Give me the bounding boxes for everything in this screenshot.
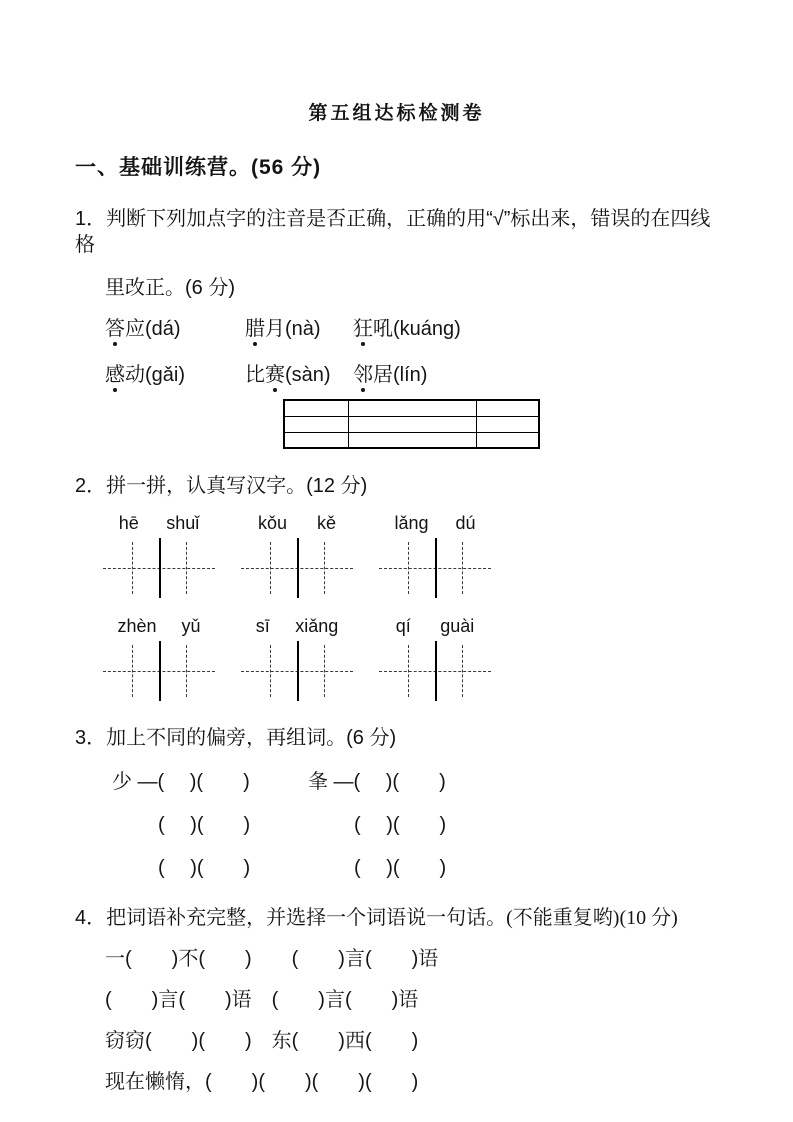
grid-cell <box>348 432 476 448</box>
character-writing-grid <box>243 643 351 699</box>
dotted-character: 感 <box>105 361 125 389</box>
table-row <box>284 400 539 416</box>
q4-line-4: 现在懒惰，( )( )( )( ) <box>105 1070 793 1095</box>
dotted-character: 狂 <box>353 315 373 343</box>
question-1-text-line1: 1．判断下列加点字的注音是否正确，正确的用“√”标出来，错误的在四线格 <box>75 206 730 258</box>
four-line-correction-grid <box>283 399 540 449</box>
dotted-character: 赛 <box>265 361 285 389</box>
q1-word: 感动(gǎi) <box>105 361 245 389</box>
q1-word: 狂吼(kuáng) <box>353 315 793 343</box>
q1-word: 答应(dá) <box>105 315 245 343</box>
dotted-character: 答 <box>105 315 125 343</box>
character-writing-grid <box>243 540 351 596</box>
character-writing-grid <box>105 643 213 699</box>
paper-title: 第五组达标检测卷 <box>0 0 793 125</box>
q3-blank: ( )( ) <box>308 855 793 881</box>
q4-line-2: ( )言( )语 ( )言( )语 <box>105 988 793 1013</box>
pinyin-label: hēshuǐ <box>105 511 213 537</box>
pinyin-label: kǒukě <box>243 511 351 537</box>
grid-cell <box>284 432 348 448</box>
q3-answer-block: 少 —( )( ) 夆 —( )( ) ( )( ) ( )( ) ( )( )… <box>112 769 793 881</box>
q3-blank: ( )( ) <box>112 855 308 881</box>
table-row <box>284 432 539 448</box>
q2-pinyin-row-2: zhènyǔ sīxiǎng qíguài <box>105 614 793 699</box>
pinyin-writing-unit: kǒukě <box>243 511 351 596</box>
q4-line-3: 窃窃( )( ) 东( )西( ) <box>105 1029 793 1054</box>
grid-cell <box>348 416 476 432</box>
q1-word: 比赛(sàn) <box>245 361 353 389</box>
test-paper-page: 第五组达标检测卷 一、基础训练营。(56 分) 1．判断下列加点字的注音是否正确… <box>0 0 793 1122</box>
q4-line-1: 一( )不( ) ( )言( )语 <box>105 947 793 972</box>
q3-blank: ( )( ) <box>308 812 793 838</box>
pinyin-writing-unit: zhènyǔ <box>105 614 213 699</box>
q3-blank: ( )( ) <box>112 812 308 838</box>
question-2-text: 2．拼一拼，认真写汉字。(12 分) <box>75 473 793 499</box>
character-writing-grid <box>381 540 489 596</box>
q3-item-feng: 夆 —( )( ) <box>308 769 793 795</box>
character-writing-grid <box>105 540 213 596</box>
grid-cell <box>348 400 476 416</box>
grid-cell <box>284 416 348 432</box>
pinyin-label: qíguài <box>381 614 489 640</box>
pinyin-writing-unit: sīxiǎng <box>243 614 351 699</box>
pinyin-writing-unit: lǎngdú <box>381 511 489 596</box>
grid-cell <box>284 400 348 416</box>
q3-row-3: ( )( ) ( )( ) <box>112 855 793 881</box>
dotted-character: 邻 <box>353 361 373 389</box>
grid-cell <box>476 432 539 448</box>
q2-pinyin-row-1: hēshuǐ kǒukě lǎngdú <box>105 511 793 596</box>
q1-word: 腊月(nà) <box>245 315 353 343</box>
question-4-text: 4．把词语补充完整，并选择一个词语说一句话。(不能重复哟)(10 分) <box>75 905 793 931</box>
q3-row-1: 少 —( )( ) 夆 —( )( ) <box>112 769 793 795</box>
grid-cell <box>476 400 539 416</box>
section-heading: 一、基础训练营。(56 分) <box>75 151 793 181</box>
q1-word: 邻居(lín) <box>353 361 793 389</box>
table-row <box>284 416 539 432</box>
pinyin-label: lǎngdú <box>381 511 489 537</box>
pinyin-writing-unit: qíguài <box>381 614 489 699</box>
pinyin-label: zhènyǔ <box>105 614 213 640</box>
q3-item-shao: 少 —( )( ) <box>112 769 308 795</box>
pinyin-label: sīxiǎng <box>243 614 351 640</box>
question-3-text: 3．加上不同的偏旁，再组词。(6 分) <box>75 725 793 751</box>
q3-row-2: ( )( ) ( )( ) <box>112 812 793 838</box>
q1-word-row-1: 答应(dá) 腊月(nà) 狂吼(kuáng) <box>105 315 793 343</box>
question-1-text-line2: 里改正。(6 分) <box>105 275 793 301</box>
grid-cell <box>476 416 539 432</box>
character-writing-grid <box>381 643 489 699</box>
pinyin-writing-unit: hēshuǐ <box>105 511 213 596</box>
dotted-character: 腊 <box>245 315 265 343</box>
q4-note: (不能重复哟)(10 分) <box>506 907 678 929</box>
q1-word-row-2: 感动(gǎi) 比赛(sàn) 邻居(lín) <box>105 361 793 389</box>
